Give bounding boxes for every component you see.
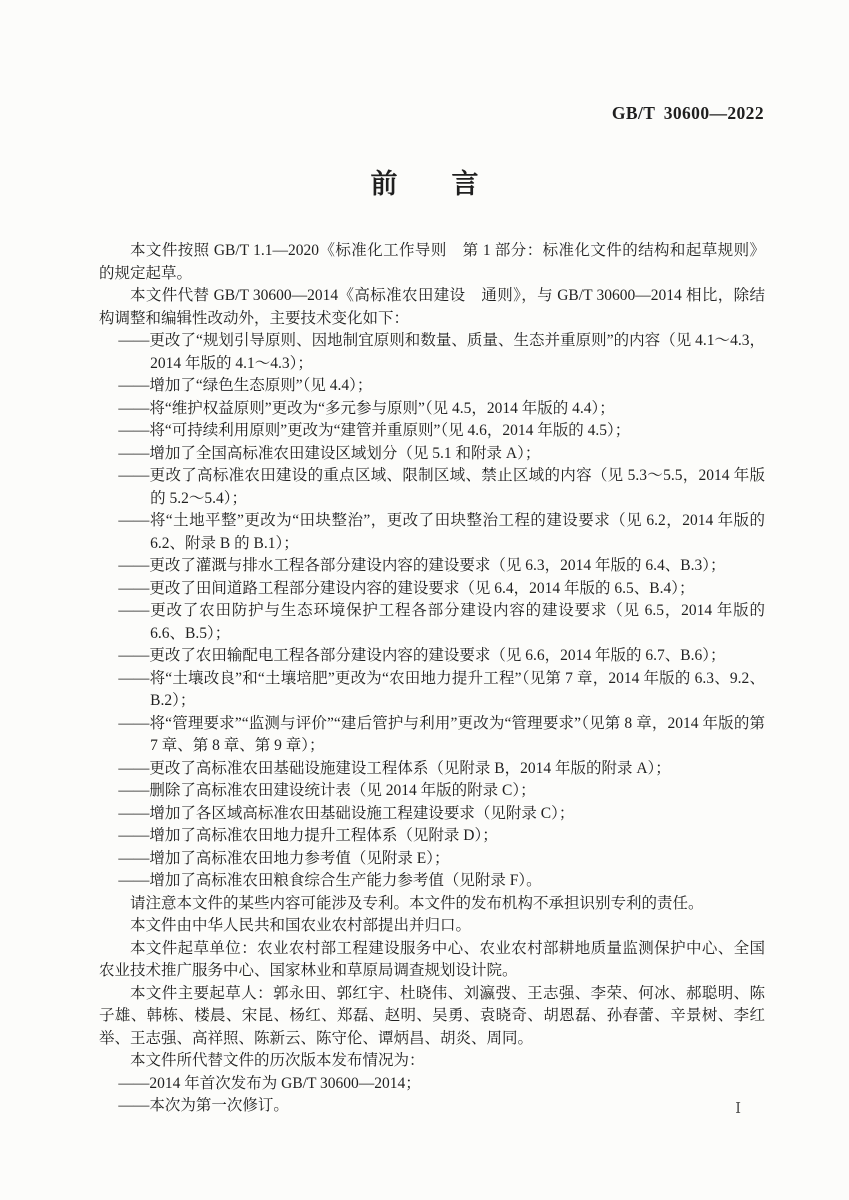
change-list-item: ——增加了全国高标准农田建设区域划分（见 5.1 和附录 A）；	[99, 443, 765, 466]
change-list-item: ——2014 年首次发布为 GB/T 30600—2014；	[99, 1073, 765, 1096]
change-list-item: ——将“土壤改良”和“土壤培肥”更改为“农田地力提升工程”（见第 7 章，201…	[99, 668, 765, 713]
change-list-item: ——更改了“规划引导原则、因地制宜原则和数量、质量、生态并重原则”的内容（见 4…	[99, 330, 765, 375]
change-list-item: ——更改了田间道路工程部分建设内容的建设要求（见 6.4，2014 年版的 6.…	[99, 578, 765, 601]
change-list-item: ——本次为第一次修订。	[99, 1095, 765, 1118]
standard-number: GB/T 30600—2022	[612, 103, 764, 124]
change-list-item: ——将“可持续利用原则”更改为“建管并重原则”（见 4.6，2014 年版的 4…	[99, 420, 765, 443]
change-list-item: ——增加了各区域高标准农田基础设施工程建设要求（见附录 C）；	[99, 803, 765, 826]
change-list-item: ——增加了高标准农田地力提升工程体系（见附录 D）；	[99, 825, 765, 848]
document-body: 本文件按照 GB/T 1.1—2020《标准化工作导则 第 1 部分：标准化文件…	[99, 240, 765, 1118]
paragraph: 本文件所代替文件的历次版本发布情况为：	[99, 1050, 765, 1073]
change-list-item: ——更改了农田输配电工程各部分建设内容的建设要求（见 6.6，2014 年版的 …	[99, 645, 765, 668]
page-number: Ⅰ	[735, 1101, 741, 1118]
paragraph: 请注意本文件的某些内容可能涉及专利。本文件的发布机构不承担识别专利的责任。	[99, 893, 765, 916]
change-list-item: ——将“维护权益原则”更改为“多元参与原则”（见 4.5，2014 年版的 4.…	[99, 398, 765, 421]
paragraph: 本文件主要起草人：郭永田、郭红宇、杜晓伟、刘瀛弢、王志强、李荣、何冰、郝聪明、陈…	[99, 983, 765, 1051]
change-list-item: ——增加了高标准农田地力参考值（见附录 E）；	[99, 848, 765, 871]
change-list-item: ——增加了高标准农田粮食综合生产能力参考值（见附录 F）。	[99, 870, 765, 893]
change-list-item: ——更改了灌溉与排水工程各部分建设内容的建设要求（见 6.3，2014 年版的 …	[99, 555, 765, 578]
page-title: 前 言	[0, 166, 849, 202]
change-list-item: ——更改了农田防护与生态环境保护工程各部分建设内容的建设要求（见 6.5，201…	[99, 600, 765, 645]
change-list-item: ——更改了高标准农田基础设施建设工程体系（见附录 B，2014 年版的附录 A）…	[99, 758, 765, 781]
change-list-item: ——更改了高标准农田建设的重点区域、限制区域、禁止区域的内容（见 5.3～5.5…	[99, 465, 765, 510]
paragraph: 本文件按照 GB/T 1.1—2020《标准化工作导则 第 1 部分：标准化文件…	[99, 240, 765, 285]
change-list-item: ——将“土地平整”更改为“田块整治”，更改了田块整治工程的建设要求（见 6.2，…	[99, 510, 765, 555]
paragraph: 本文件由中华人民共和国农业农村部提出并归口。	[99, 915, 765, 938]
change-list-item: ——删除了高标准农田建设统计表（见 2014 年版的附录 C）；	[99, 780, 765, 803]
document-page: GB/T 30600—2022 前 言 本文件按照 GB/T 1.1—2020《…	[0, 0, 849, 1200]
change-list-item: ——增加了“绿色生态原则”（见 4.4）；	[99, 375, 765, 398]
paragraph: 本文件起草单位：农业农村部工程建设服务中心、农业农村部耕地质量监测保护中心、全国…	[99, 938, 765, 983]
paragraph: 本文件代替 GB/T 30600—2014《高标准农田建设 通则》，与 GB/T…	[99, 285, 765, 330]
change-list-item: ——将“管理要求”“监测与评价”“建后管护与利用”更改为“管理要求”（见第 8 …	[99, 713, 765, 758]
